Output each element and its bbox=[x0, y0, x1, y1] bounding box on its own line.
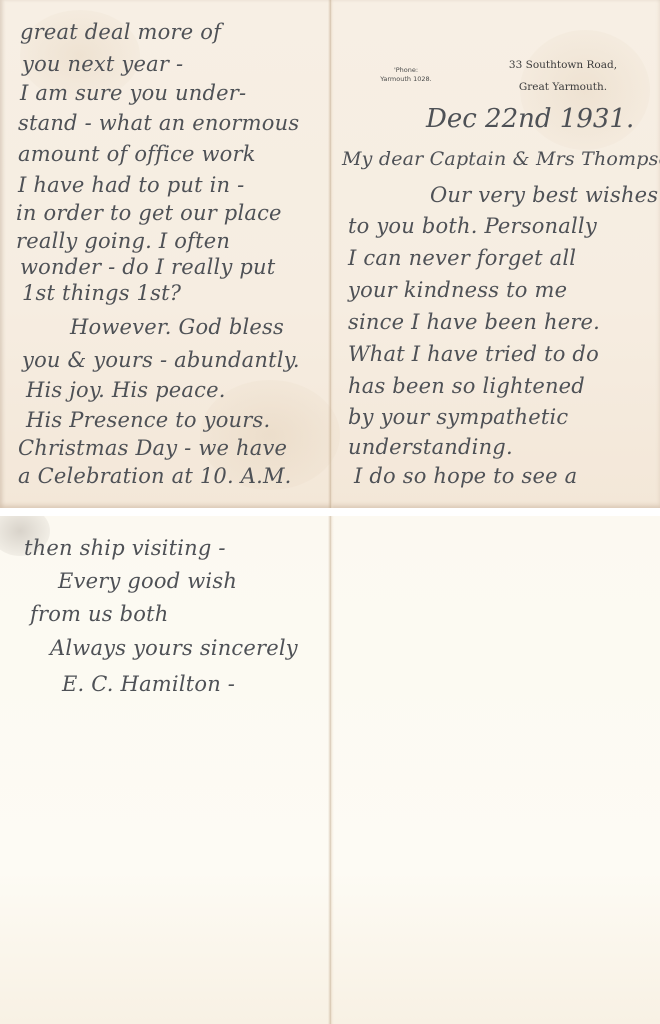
letter-sheet-back: then ship visiting - Every good wish fro… bbox=[0, 516, 660, 1024]
handwritten-line: understanding. bbox=[348, 437, 513, 458]
handwritten-line: I do so hope to see a bbox=[354, 466, 577, 487]
handwritten-line: Every good wish bbox=[58, 571, 237, 592]
handwritten-line: you & yours - abundantly. bbox=[22, 350, 300, 371]
handwritten-line: 1st things 1st? bbox=[22, 283, 181, 304]
handwritten-line: you next year - bbox=[22, 54, 183, 75]
handwritten-line: Our very best wishes bbox=[430, 185, 658, 206]
handwritten-line: to you both. Personally bbox=[348, 216, 597, 237]
handwritten-line: by your sympathetic bbox=[348, 407, 568, 428]
handwritten-line: really going. I often bbox=[16, 231, 230, 252]
handwritten-line: has been so lightened bbox=[348, 376, 585, 397]
handwritten-line: I have had to put in - bbox=[18, 175, 244, 196]
handwritten-line: since I have been here. bbox=[348, 312, 600, 333]
salutation: My dear Captain & Mrs Thompson: bbox=[342, 150, 660, 169]
handwritten-line: wonder - do I really put bbox=[20, 257, 275, 278]
handwritten-line: His Presence to yours. bbox=[26, 410, 270, 431]
handwritten-line: then ship visiting - bbox=[24, 538, 226, 559]
letter-page-2: great deal more of you next year - I am … bbox=[0, 0, 328, 508]
handwritten-line: I can never forget all bbox=[348, 248, 576, 269]
handwritten-line: amount of office work bbox=[18, 144, 256, 165]
handwritten-line: Always yours sincerely bbox=[50, 638, 298, 659]
handwritten-line: I am sure you under- bbox=[20, 83, 246, 104]
handwritten-line: from us both bbox=[30, 604, 168, 625]
handwritten-line: His joy. His peace. bbox=[26, 380, 226, 401]
handwritten-line: However. God bless bbox=[70, 317, 284, 338]
handwritten-line: in order to get our place bbox=[16, 203, 282, 224]
letter-page-4-blank bbox=[334, 516, 660, 1024]
letter-sheet-front: great deal more of you next year - I am … bbox=[0, 0, 660, 508]
address-line-1: 33 Southtown Road, bbox=[504, 54, 622, 76]
handwritten-line: Christmas Day - we have bbox=[18, 438, 287, 459]
handwritten-line: stand - what an enormous bbox=[18, 113, 299, 134]
address-line-2: Great Yarmouth. bbox=[504, 76, 622, 98]
handwritten-line: a Celebration at 10. A.M. bbox=[18, 466, 292, 487]
handwritten-line: great deal more of bbox=[20, 22, 221, 43]
phone-label: 'Phone: bbox=[361, 66, 451, 75]
phone-number: Yarmouth 1028. bbox=[361, 75, 451, 84]
letter-date: Dec 22nd 1931. bbox=[426, 104, 634, 134]
letter-page-1: 'Phone: Yarmouth 1028. 33 Southtown Road… bbox=[334, 0, 660, 508]
signature: E. C. Hamilton - bbox=[62, 674, 235, 695]
letterhead-phone: 'Phone: Yarmouth 1028. bbox=[361, 66, 451, 84]
letter-page-3: then ship visiting - Every good wish fro… bbox=[0, 516, 328, 1024]
handwritten-line: What I have tried to do bbox=[348, 344, 599, 365]
letterhead-address: 33 Southtown Road, Great Yarmouth. bbox=[504, 54, 622, 98]
sheet-gap bbox=[0, 508, 660, 516]
handwritten-line: your kindness to me bbox=[348, 280, 567, 301]
